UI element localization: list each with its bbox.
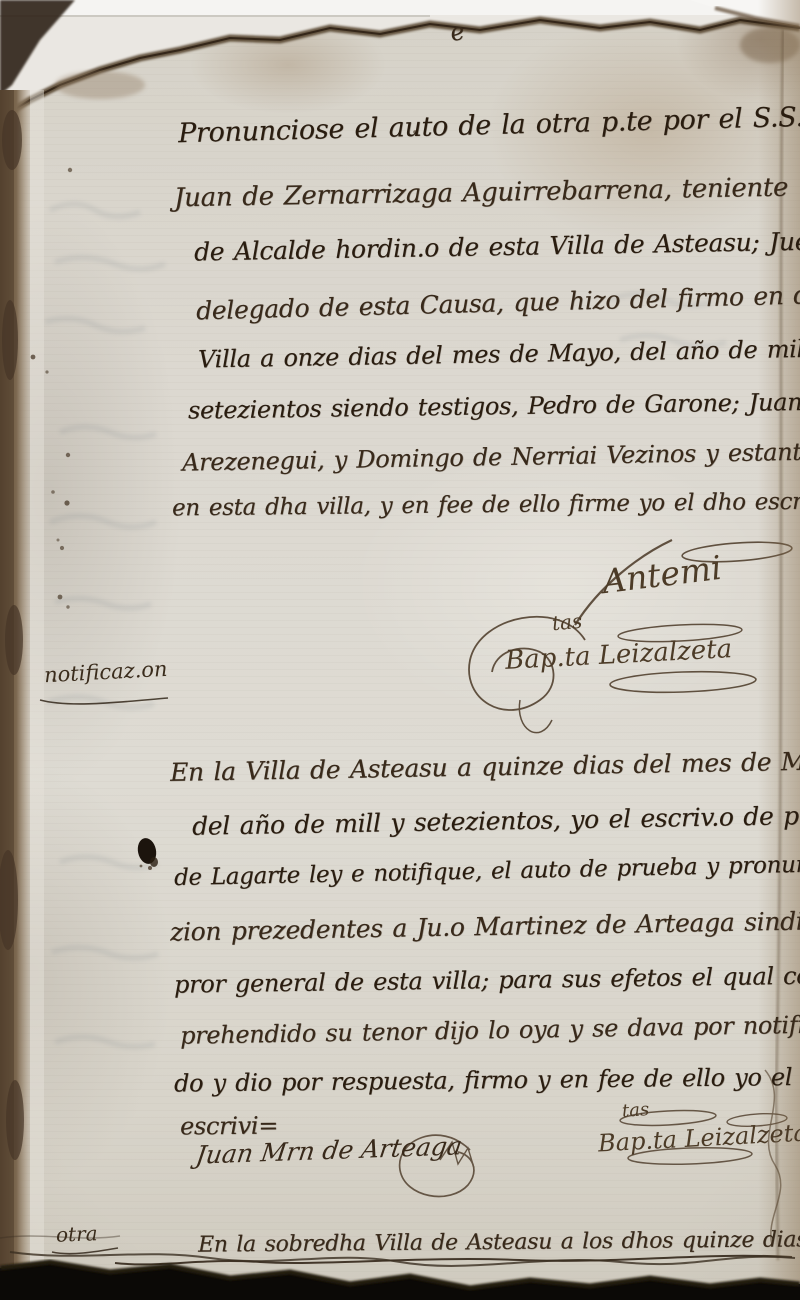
closing-line: En la sobredha Villa de Asteasu a los dh… [198,1227,800,1257]
manuscript-line-p2-8: escrivi= [180,1112,278,1141]
margin-note-otra: otra [56,1221,98,1246]
signature2-superscript: tas [621,1099,650,1122]
manuscript-photo: e Pronunciose el auto de la otra p.te po… [0,0,800,1300]
signature-superscript: tas [551,609,583,636]
